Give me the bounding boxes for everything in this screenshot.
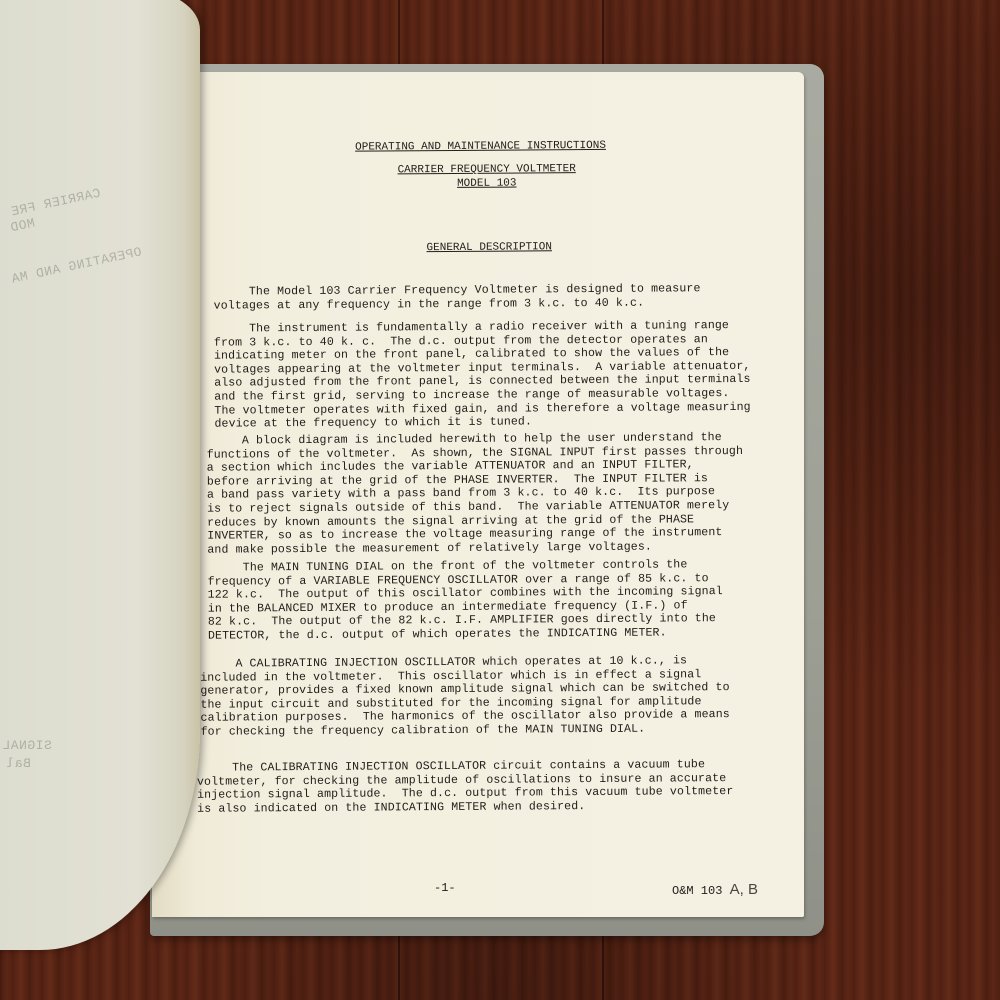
paragraph-1: The Model 103 Carrier Frequency Voltmete… bbox=[213, 282, 700, 313]
paragraph-4: The MAIN TUNING DIAL on the front of the… bbox=[207, 558, 723, 643]
doc-code-text: O&M 103 bbox=[672, 884, 722, 898]
bleed-through-text: CARRIER FRE bbox=[9, 186, 101, 220]
page-number: -1- bbox=[434, 881, 456, 895]
paragraph-2: The instrument is fundamentally a radio … bbox=[214, 319, 751, 431]
paragraph-6: The CALIBRATING INJECTION OSCILLATOR cir… bbox=[197, 758, 734, 816]
bleed-through-text: SIGNAL bbox=[2, 738, 52, 753]
bleed-through-text: Bal bbox=[6, 756, 31, 771]
document-code: O&M 103 A, B bbox=[672, 881, 758, 898]
paragraph-5: A CALIBRATING INJECTION OSCILLATOR which… bbox=[200, 654, 730, 739]
left-page: CARRIER FRE MOD OPERATING AND MA SIGNAL … bbox=[0, 0, 200, 950]
handwritten-annotation: A, B bbox=[730, 881, 758, 898]
paragraph-3: A block diagram is included herewith to … bbox=[207, 431, 744, 557]
bleed-through-text: OPERATING AND MA bbox=[10, 244, 143, 286]
